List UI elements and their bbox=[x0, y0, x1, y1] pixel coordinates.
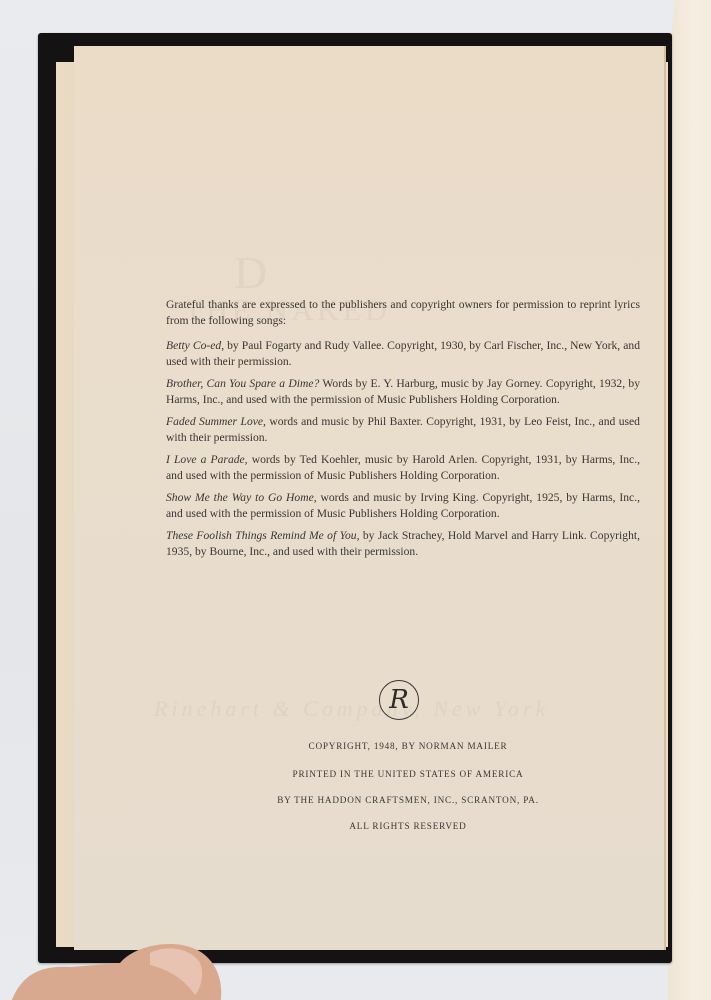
show-through-text: Rinehart & Company, New York bbox=[154, 696, 549, 722]
hand-holding-book bbox=[0, 935, 250, 1000]
imprint-printed: Printed in the United States of America bbox=[220, 769, 596, 779]
credit-entry: Faded Summer Love, words and music by Ph… bbox=[166, 414, 640, 446]
credit-entry: Betty Co-ed, by Paul Fogarty and Rudy Va… bbox=[166, 338, 640, 370]
imprint-rights: All Rights Reserved bbox=[220, 821, 596, 831]
acknowledgment-intro: Grateful thanks are expressed to the pub… bbox=[166, 297, 640, 329]
song-title: I Love a Parade, bbox=[166, 453, 248, 466]
publisher-logo-icon: R bbox=[379, 680, 419, 720]
facing-page bbox=[668, 0, 711, 1000]
song-title: These Foolish Things Remind Me of You, bbox=[166, 529, 359, 542]
song-title: Faded Summer Love, bbox=[166, 415, 266, 428]
credit-entry: I Love a Parade, words by Ted Koehler, m… bbox=[166, 452, 640, 484]
song-title: Brother, Can You Spare a Dime? bbox=[166, 377, 319, 390]
imprint-copyright: Copyright, 1948, by Norman Mailer bbox=[220, 741, 596, 751]
credit-entry: These Foolish Things Remind Me of You, b… bbox=[166, 528, 640, 560]
credit-entry: Show Me the Way to Go Home, words and mu… bbox=[166, 490, 640, 522]
acknowledgments: Grateful thanks are expressed to the pub… bbox=[166, 297, 640, 566]
imprint-printer: By the Haddon Craftsmen, Inc., Scranton,… bbox=[220, 795, 596, 805]
show-through-text: D bbox=[234, 246, 271, 299]
song-title: Show Me the Way to Go Home, bbox=[166, 491, 317, 504]
credit-entry: Brother, Can You Spare a Dime? Words by … bbox=[166, 376, 640, 408]
song-title: Betty Co-ed, bbox=[166, 339, 224, 352]
credit-text: by Paul Fogarty and Rudy Vallee. Copyrig… bbox=[166, 339, 640, 368]
